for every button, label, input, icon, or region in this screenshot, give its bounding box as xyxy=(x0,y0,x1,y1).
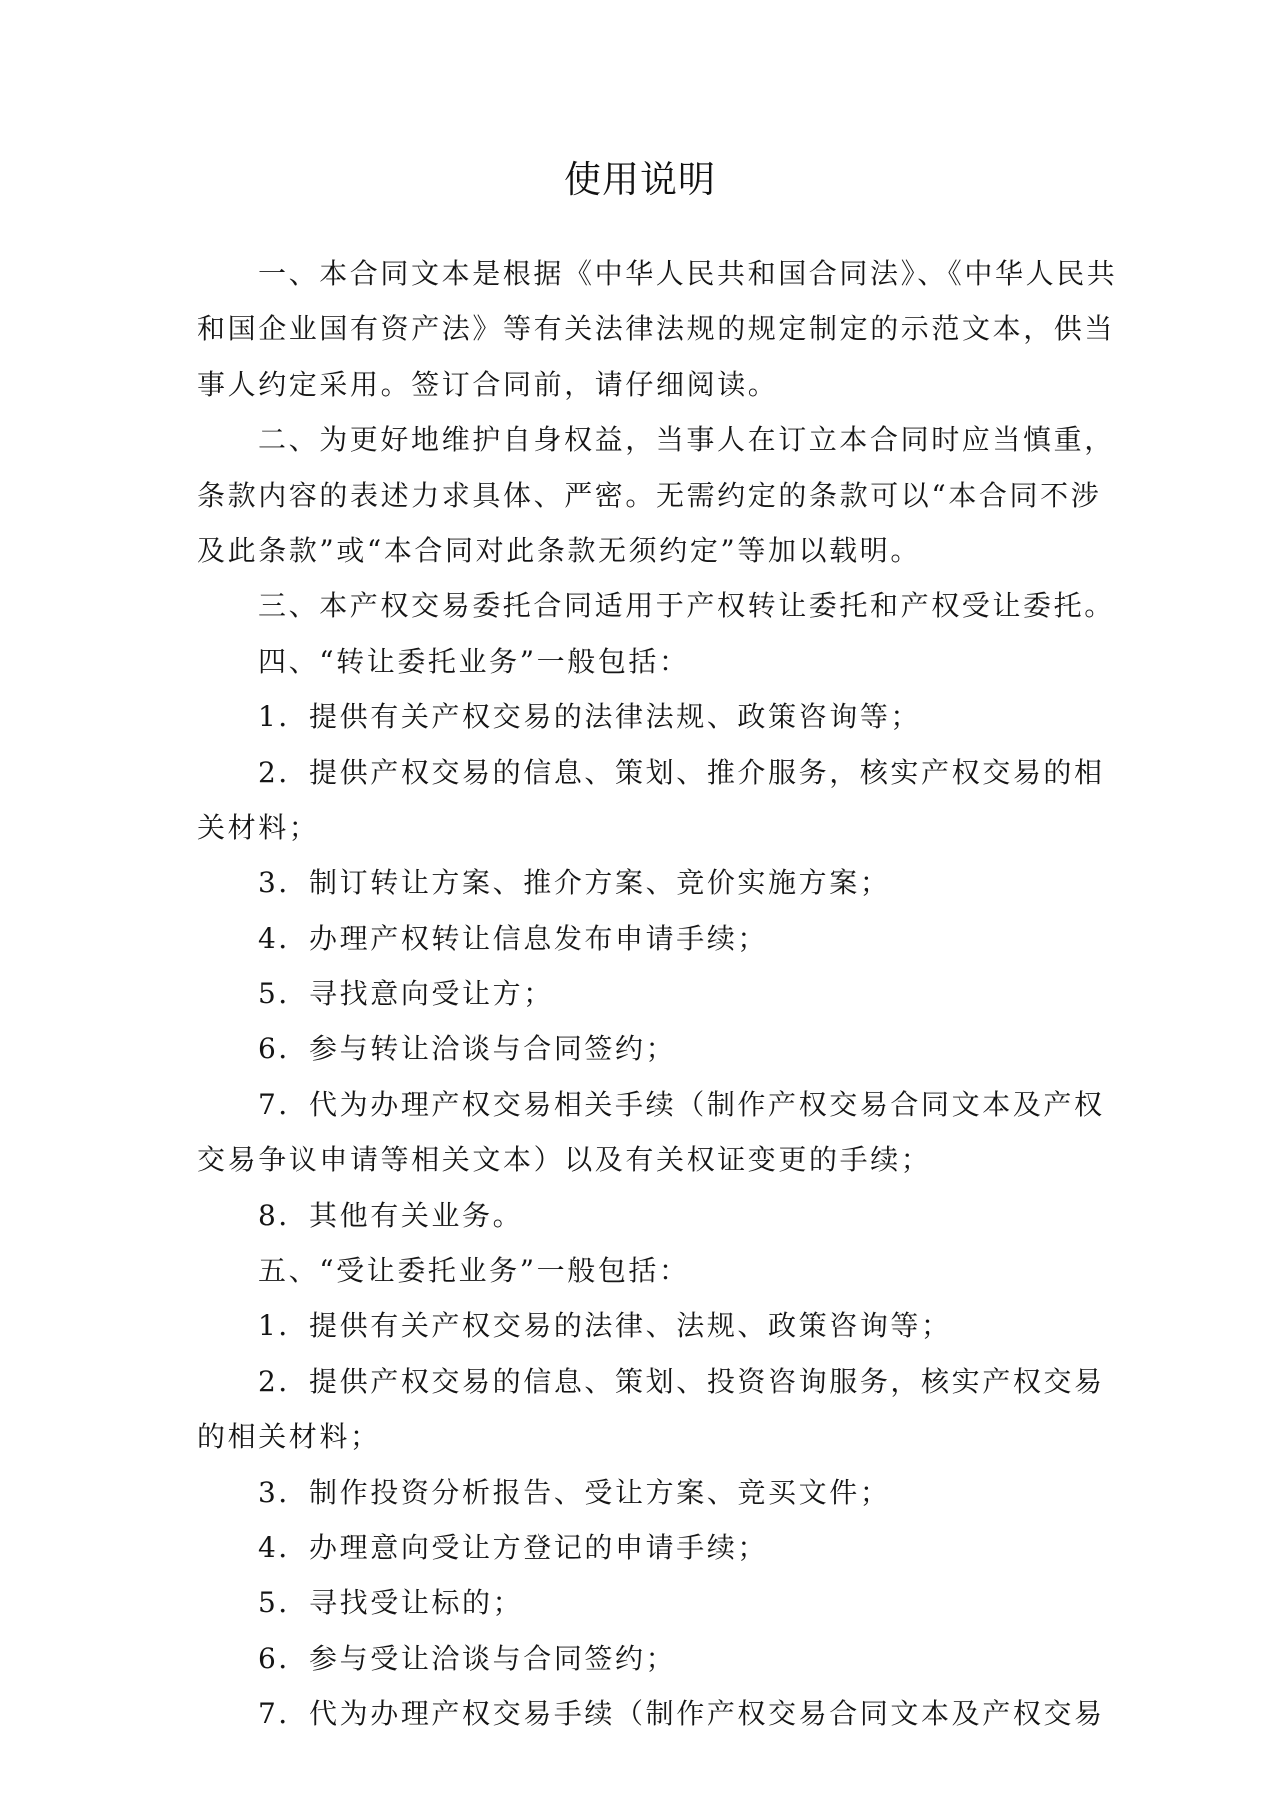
list-item-continuation: 的相关材料； xyxy=(197,1409,1089,1464)
text-line: 和国企业国有资产法》等有关法律法规的规定制定的示范文本，供当 xyxy=(197,301,1089,356)
page-title: 使用说明 xyxy=(0,156,1280,204)
list-item: 4．办理意向受让方登记的申请手续； xyxy=(197,1520,1089,1575)
list-item: 6．参与受让洽谈与合同签约； xyxy=(197,1631,1089,1686)
list-item: 2．提供产权交易的信息、策划、投资咨询服务，核实产权交易 xyxy=(197,1354,1089,1409)
list-item: 2．提供产权交易的信息、策划、推介服务，核实产权交易的相 xyxy=(197,745,1089,800)
list-item: 4．办理产权转让信息发布申请手续； xyxy=(197,911,1089,966)
text-line: 条款内容的表述力求具体、严密。无需约定的条款可以“本合同不涉 xyxy=(197,468,1089,523)
list-item: 1．提供有关产权交易的法律法规、政策咨询等； xyxy=(197,689,1089,744)
list-item-continuation: 关材料； xyxy=(197,800,1089,855)
document-page: 使用说明 一、本合同文本是根据《中华人民共和国合同法》、《中华人民共 和国企业国… xyxy=(0,0,1280,1810)
list-item: 3．制订转让方案、推介方案、竞价实施方案； xyxy=(197,855,1089,910)
list-item: 7．代为办理产权交易相关手续（制作产权交易合同文本及产权 xyxy=(197,1077,1089,1132)
document-body: 一、本合同文本是根据《中华人民共和国合同法》、《中华人民共 和国企业国有资产法》… xyxy=(197,246,1089,1742)
text-line: 及此条款”或“本合同对此条款无须约定”等加以载明。 xyxy=(197,523,1089,578)
list-item: 1．提供有关产权交易的法律、法规、政策咨询等； xyxy=(197,1298,1089,1353)
list-item: 3．制作投资分析报告、受让方案、竞买文件； xyxy=(197,1465,1089,1520)
list-item: 5．寻找受让标的； xyxy=(197,1575,1089,1630)
list-item: 5．寻找意向受让方； xyxy=(197,966,1089,1021)
text-line: 一、本合同文本是根据《中华人民共和国合同法》、《中华人民共 xyxy=(197,246,1089,301)
list-item: 7．代为办理产权交易手续（制作产权交易合同文本及产权交易 xyxy=(197,1686,1089,1741)
list-item: 8．其他有关业务。 xyxy=(197,1188,1089,1243)
text-line: 事人约定采用。签订合同前，请仔细阅读。 xyxy=(197,357,1089,412)
list-item: 6．参与转让洽谈与合同签约； xyxy=(197,1021,1089,1076)
list-item-continuation: 交易争议申请等相关文本）以及有关权证变更的手续； xyxy=(197,1132,1089,1187)
text-line: 二、为更好地维护自身权益，当事人在订立本合同时应当慎重， xyxy=(197,412,1089,467)
section-heading: 五、“受让委托业务”一般包括： xyxy=(197,1243,1089,1298)
text-line: 三、本产权交易委托合同适用于产权转让委托和产权受让委托。 xyxy=(197,578,1089,633)
section-heading: 四、“转让委托业务”一般包括： xyxy=(197,634,1089,689)
